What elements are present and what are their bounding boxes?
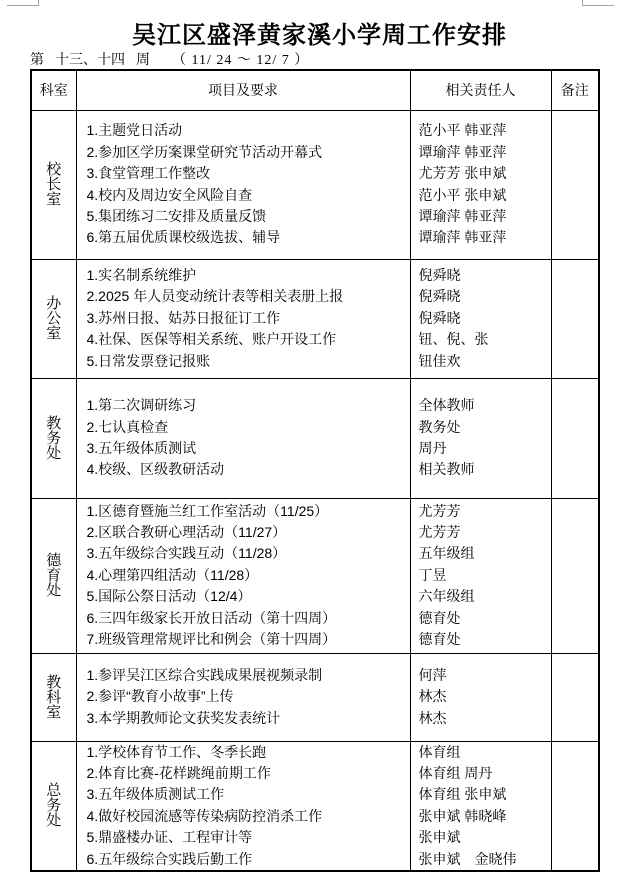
page-margin-corner-mark-right bbox=[582, 0, 614, 6]
remark-cell bbox=[551, 259, 599, 378]
task-item: 1.学校体育节工作、冬季长跑 bbox=[87, 742, 406, 763]
person-item: 体育组 bbox=[419, 742, 549, 763]
task-item: 5.鼎盛楼办证、工程审计等 bbox=[87, 827, 406, 848]
person-item: 体育组 张申斌 bbox=[419, 784, 549, 805]
task-list: 1.实名制系统维护2.2025 年人员变动统计表等相关表册上报3.苏州日报、姑苏… bbox=[77, 265, 410, 372]
person-list: 尤芳芳尤芳芳五年级组丁昱六年级组德育处德育处 bbox=[411, 501, 551, 651]
person-item: 全体教师 bbox=[419, 395, 549, 416]
task-item: 6.第五届优质课校级选拔、辅导 bbox=[87, 227, 406, 248]
header-items: 项目及要求 bbox=[76, 70, 410, 110]
task-item: 1.区德育暨施兰红工作室活动（11/25） bbox=[87, 501, 406, 522]
week-line: 第十三、十四周（ 11/ 24 ～ 12/ 7 ） bbox=[30, 49, 309, 70]
task-item: 1.主题党日活动 bbox=[87, 120, 406, 141]
person-item: 尤芳芳 bbox=[419, 501, 549, 522]
table-header-row: 科室 项目及要求 相关责任人 备注 bbox=[31, 70, 599, 110]
remark-cell bbox=[551, 741, 599, 871]
person-item: 教务处 bbox=[419, 417, 549, 438]
dept-char: 办 bbox=[46, 296, 61, 311]
person-item: 五年级组 bbox=[419, 543, 549, 564]
person-item: 尤芳芳 张申斌 bbox=[419, 163, 549, 184]
person-item: 六年级组 bbox=[419, 586, 549, 607]
table-row: 校长室 1.主题党日活动2.参加区学历案课堂研究节活动开幕式3.食堂管理工作整改… bbox=[31, 110, 599, 259]
table-row: 总务处 1.学校体育节工作、冬季长跑2.体育比赛-花样跳绳前期工作3.五年级体质… bbox=[31, 741, 599, 871]
task-list: 1.第二次调研练习2.七认真检查3.五年级体质测试4.校级、区级教研活动 bbox=[77, 395, 410, 481]
dept-char: 总 bbox=[46, 783, 61, 798]
table-row: 办公室 1.实名制系统维护2.2025 年人员变动统计表等相关表册上报3.苏州日… bbox=[31, 259, 599, 378]
remark-cell bbox=[551, 498, 599, 653]
task-list: 1.区德育暨施兰红工作室活动（11/25）2.区联合教研心理活动（11/27）3… bbox=[77, 501, 410, 651]
person-item: 德育处 bbox=[419, 608, 549, 629]
person-item: 倪舜晓 bbox=[419, 308, 549, 329]
table-row: 教科室 1.参评吴江区综合实践成果展视频录制2.参评“教育小故事”上传3.本学期… bbox=[31, 653, 599, 741]
person-item: 体育组 周丹 bbox=[419, 763, 549, 784]
page-margin-corner-mark-left bbox=[7, 0, 39, 6]
dept-char: 务 bbox=[46, 798, 61, 813]
task-item: 7.班级管理常规评比和例会（第十四周） bbox=[87, 629, 406, 650]
task-list: 1.学校体育节工作、冬季长跑2.体育比赛-花样跳绳前期工作3.五年级体质测试工作… bbox=[77, 742, 410, 870]
task-item: 1.第二次调研练习 bbox=[87, 395, 406, 416]
task-item: 2.参评“教育小故事”上传 bbox=[87, 686, 406, 707]
weekly-schedule-table: 科室 项目及要求 相关责任人 备注 校长室 1.主题党日活动2.参加区学历案课堂… bbox=[30, 69, 600, 872]
person-list: 全体教师教务处周丹相关教师 bbox=[411, 395, 551, 481]
person-item: 倪舜晓 bbox=[419, 286, 549, 307]
remark-cell bbox=[551, 378, 599, 498]
header-person: 相关责任人 bbox=[410, 70, 551, 110]
task-item: 6.五年级综合实践后勤工作 bbox=[87, 849, 406, 870]
task-item: 4.校级、区级教研活动 bbox=[87, 459, 406, 480]
person-list: 何萍林杰林杰 bbox=[411, 665, 551, 729]
task-list: 1.主题党日活动2.参加区学历案课堂研究节活动开幕式3.食堂管理工作整改4.校内… bbox=[77, 120, 410, 248]
task-item: 1.参评吴江区综合实践成果展视频录制 bbox=[87, 665, 406, 686]
header-remark: 备注 bbox=[551, 70, 599, 110]
person-list: 体育组体育组 周丹体育组 张申斌张申斌 韩晓峰张申斌张申斌 金晓伟 bbox=[411, 742, 551, 870]
dept-char: 德 bbox=[46, 553, 61, 568]
person-item: 张申斌 bbox=[419, 827, 549, 848]
task-item: 3.五年级综合实践互动（11/28） bbox=[87, 543, 406, 564]
document-page: 吴江区盛泽黄家溪小学周工作安排 第十三、十四周（ 11/ 24 ～ 12/ 7 … bbox=[0, 0, 639, 896]
person-item: 周丹 bbox=[419, 438, 549, 459]
task-item: 3.本学期教师论文获奖发表统计 bbox=[87, 708, 406, 729]
person-list: 倪舜晓倪舜晓倪舜晓钮、倪、张钮佳欢 bbox=[411, 265, 551, 372]
task-item: 5.集团练习二安排及质量反馈 bbox=[87, 206, 406, 227]
remark-cell bbox=[551, 110, 599, 259]
task-item: 2.参加区学历案课堂研究节活动开幕式 bbox=[87, 142, 406, 163]
week-number-underlined: 十三、十四 bbox=[44, 49, 136, 70]
task-item: 4.心理第四组活动（11/28） bbox=[87, 565, 406, 586]
dept-name: 校长室 bbox=[32, 162, 76, 207]
person-item: 德育处 bbox=[419, 629, 549, 650]
week-suffix: 周 bbox=[136, 51, 150, 67]
person-item: 倪舜晓 bbox=[419, 265, 549, 286]
date-range: （ 11/ 24 ～ 12/ 7 ） bbox=[172, 53, 309, 68]
task-item: 4.社保、医保等相关系统、账户开设工作 bbox=[87, 329, 406, 350]
person-item: 谭瑜萍 韩亚萍 bbox=[419, 227, 549, 248]
page-title: 吴江区盛泽黄家溪小学周工作安排 bbox=[0, 15, 639, 50]
dept-name: 教务处 bbox=[32, 416, 76, 461]
dept-name: 总务处 bbox=[32, 783, 76, 828]
person-item: 林杰 bbox=[419, 686, 549, 707]
dept-name: 教科室 bbox=[32, 675, 76, 720]
dept-char: 处 bbox=[46, 583, 61, 598]
person-item: 谭瑜萍 韩亚萍 bbox=[419, 142, 549, 163]
person-item: 尤芳芳 bbox=[419, 522, 549, 543]
person-item: 丁昱 bbox=[419, 565, 549, 586]
table-row: 教务处 1.第二次调研练习2.七认真检查3.五年级体质测试4.校级、区级教研活动… bbox=[31, 378, 599, 498]
task-list: 1.参评吴江区综合实践成果展视频录制2.参评“教育小故事”上传3.本学期教师论文… bbox=[77, 665, 410, 729]
dept-char: 校 bbox=[46, 162, 61, 177]
task-item: 3.苏州日报、姑苏日报征订工作 bbox=[87, 308, 406, 329]
task-item: 4.校内及周边安全风险自查 bbox=[87, 185, 406, 206]
dept-char: 处 bbox=[46, 446, 61, 461]
person-item: 林杰 bbox=[419, 708, 549, 729]
task-item: 5.国际公祭日活动（12/4） bbox=[87, 586, 406, 607]
dept-char: 处 bbox=[46, 813, 61, 828]
task-item: 1.实名制系统维护 bbox=[87, 265, 406, 286]
task-item: 2.体育比赛-花样跳绳前期工作 bbox=[87, 763, 406, 784]
dept-char: 教 bbox=[46, 675, 61, 690]
person-list: 范小平 韩亚萍谭瑜萍 韩亚萍尤芳芳 张申斌范小平 张申斌谭瑜萍 韩亚萍谭瑜萍 韩… bbox=[411, 120, 551, 248]
person-item: 范小平 韩亚萍 bbox=[419, 120, 549, 141]
task-item: 2.区联合教研心理活动（11/27） bbox=[87, 522, 406, 543]
person-item: 钮、倪、张 bbox=[419, 329, 549, 350]
task-item: 3.五年级体质测试 bbox=[87, 438, 406, 459]
dept-name: 德育处 bbox=[32, 553, 76, 598]
person-item: 张申斌 金晓伟 bbox=[419, 849, 549, 870]
dept-name: 办公室 bbox=[32, 296, 76, 341]
person-item: 张申斌 韩晓峰 bbox=[419, 806, 549, 827]
dept-char: 室 bbox=[46, 192, 61, 207]
task-item: 2.2025 年人员变动统计表等相关表册上报 bbox=[87, 286, 406, 307]
table-row: 德育处 1.区德育暨施兰红工作室活动（11/25）2.区联合教研心理活动（11/… bbox=[31, 498, 599, 653]
dept-char: 育 bbox=[46, 568, 61, 583]
dept-char: 室 bbox=[46, 705, 61, 720]
person-item: 何萍 bbox=[419, 665, 549, 686]
dept-char: 公 bbox=[46, 311, 61, 326]
task-item: 3.食堂管理工作整改 bbox=[87, 163, 406, 184]
person-item: 谭瑜萍 韩亚萍 bbox=[419, 206, 549, 227]
person-item: 相关教师 bbox=[419, 459, 549, 480]
task-item: 6.三四年级家长开放日活动（第十四周） bbox=[87, 608, 406, 629]
dept-char: 长 bbox=[46, 177, 61, 192]
dept-char: 科 bbox=[46, 690, 61, 705]
task-item: 5.日常发票登记报账 bbox=[87, 351, 406, 372]
dept-char: 务 bbox=[46, 431, 61, 446]
person-item: 范小平 张申斌 bbox=[419, 185, 549, 206]
dept-char: 教 bbox=[46, 416, 61, 431]
header-dept: 科室 bbox=[31, 70, 76, 110]
task-item: 4.做好校园流感等传染病防控消杀工作 bbox=[87, 806, 406, 827]
remark-cell bbox=[551, 653, 599, 741]
task-item: 3.五年级体质测试工作 bbox=[87, 784, 406, 805]
person-item: 钮佳欢 bbox=[419, 351, 549, 372]
task-item: 2.七认真检查 bbox=[87, 417, 406, 438]
dept-char: 室 bbox=[46, 326, 61, 341]
week-prefix: 第 bbox=[30, 51, 44, 67]
